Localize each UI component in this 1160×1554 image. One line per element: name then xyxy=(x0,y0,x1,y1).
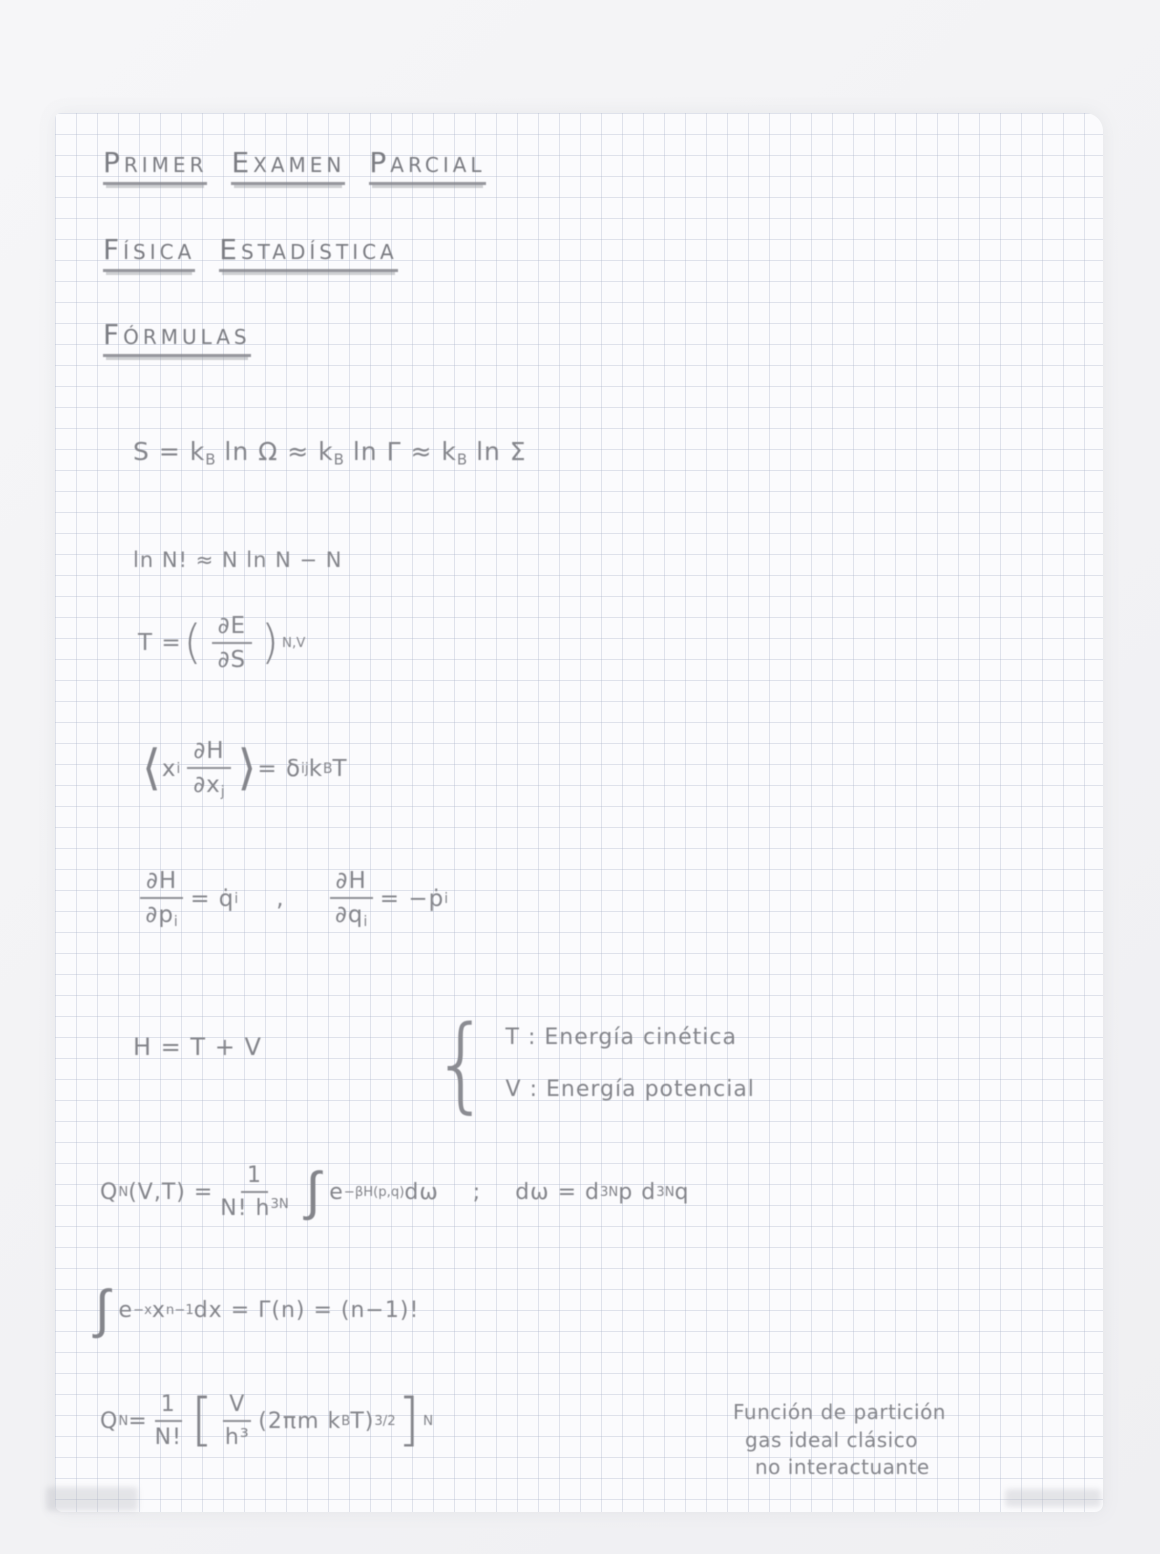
subscript: i xyxy=(234,891,238,907)
title-word: Primer xyxy=(103,146,207,185)
fraction-denominator: h³ xyxy=(225,1422,250,1450)
legend-line-potential: V : Energía potencial xyxy=(506,1064,755,1116)
fraction: V h³ xyxy=(223,1392,251,1450)
math-segment: q xyxy=(674,1180,689,1205)
fraction-numerator: ∂H xyxy=(140,868,183,899)
subscript: N xyxy=(118,1414,128,1429)
fraction-denominator: ∂S xyxy=(218,644,247,673)
subscript: i xyxy=(174,914,178,930)
superscript: −x xyxy=(133,1303,152,1318)
annotation-line-2: gas ideal clásico xyxy=(745,1428,918,1452)
brace-group: { T : Energía cinética V : Energía poten… xyxy=(432,1010,755,1117)
formula-temperature: T = ( ∂E ∂S ) N,V xyxy=(138,613,305,673)
formula-gamma-function: ∫ e−x xn−1 dx = Γ(n) = (n−1)! xyxy=(95,1288,419,1333)
integral-sign: ∫ xyxy=(95,1288,110,1333)
superscript: n−1 xyxy=(166,1303,194,1318)
fraction: 1 N! h3N xyxy=(220,1163,288,1221)
math-segment: ln Γ ≈ k xyxy=(344,437,457,466)
math-segment: k xyxy=(309,756,323,782)
math-segment: H = T + V xyxy=(133,1033,262,1061)
math-segment: ln Σ xyxy=(467,437,526,466)
math-segment: ln N! ≈ N ln N − N xyxy=(133,548,342,572)
fraction-denominator: ∂qi xyxy=(335,899,367,930)
title-word: Fórmulas xyxy=(103,318,251,357)
math-segment: = −ṗ xyxy=(380,886,444,912)
subject-title: FísicaEstadística xyxy=(103,233,422,272)
superscript: 3N xyxy=(600,1185,618,1200)
close-bracket: ] xyxy=(398,1398,421,1444)
math-segment: S = k xyxy=(133,437,205,466)
math-segment: e xyxy=(329,1180,344,1205)
fraction: 1 N! xyxy=(155,1392,182,1450)
open-bracket: [ xyxy=(191,1398,214,1444)
formula-equipartition: ⟨ xi ∂H ∂xj ⟩ = δij kB T xyxy=(142,738,348,800)
open-paren: ( xyxy=(184,622,203,663)
fraction-numerator: 1 xyxy=(241,1163,268,1193)
fraction: ∂H ∂qi xyxy=(330,868,373,930)
brace-legend: T : Energía cinética V : Energía potenci… xyxy=(506,1012,755,1116)
open-angle-bracket: ⟨ xyxy=(142,747,162,790)
math-segment: dω = d xyxy=(515,1180,600,1205)
formula-ideal-gas-partition: QN = 1 N! [ V h³ (2πm kB T)3/2 ] N xyxy=(100,1392,434,1450)
math-segment: = xyxy=(128,1409,147,1434)
scan-artifact-right xyxy=(1005,1489,1101,1507)
math-segment: x xyxy=(152,1298,166,1323)
superscript: −βH(p,q) xyxy=(344,1185,405,1200)
subscript: j xyxy=(221,784,225,800)
subscript: B xyxy=(341,1414,350,1429)
fraction-numerator: ∂H xyxy=(330,868,373,899)
title-word: Examen xyxy=(231,146,345,185)
subscript: i xyxy=(176,761,180,777)
math-segment: (2πm k xyxy=(258,1409,341,1434)
fraction-numerator: V xyxy=(223,1392,251,1422)
math-segment: (V,T) = xyxy=(128,1180,213,1205)
fraction-numerator: ∂E xyxy=(212,613,252,644)
math-segment: ∂q xyxy=(335,902,364,928)
fraction: ∂H ∂xj xyxy=(187,738,230,800)
subscript: i xyxy=(363,914,367,930)
annotation-text: gas ideal clásico xyxy=(745,1428,918,1452)
fraction-denominator: N! h3N xyxy=(220,1193,288,1221)
math-segment: p d xyxy=(618,1180,656,1205)
math-segment: x xyxy=(162,756,177,782)
superscript: N xyxy=(423,1413,434,1429)
subscript: i xyxy=(444,891,448,907)
math-segment: dx = Γ(n) = (n−1)! xyxy=(194,1298,420,1323)
math-segment: e xyxy=(118,1298,133,1323)
title-word: Física xyxy=(103,233,195,272)
math-segment: ∂x xyxy=(193,772,221,798)
integral-sign: ∫ xyxy=(306,1170,321,1215)
math-segment: ln Ω ≈ k xyxy=(215,437,333,466)
formula-stirling: ln N! ≈ N ln N − N xyxy=(133,548,342,572)
math-segment: N! h xyxy=(220,1196,270,1221)
subscript: B xyxy=(334,451,344,469)
fraction-denominator: ∂pi xyxy=(145,899,177,930)
math-segment: ∂p xyxy=(145,902,174,928)
fraction: ∂H ∂pi xyxy=(140,868,183,930)
fraction-numerator: ∂H xyxy=(187,738,230,769)
subscript: N,V xyxy=(282,636,305,651)
math-segment: = q̇ xyxy=(190,886,234,912)
math-segment: Q xyxy=(100,1409,118,1434)
legend-line-kinetic: T : Energía cinética xyxy=(506,1012,755,1064)
annotation-line-1: Función de partición xyxy=(733,1400,946,1424)
annotation-text: no interactuante xyxy=(755,1455,930,1479)
separator: ; xyxy=(473,1180,481,1205)
math-segment: dω xyxy=(404,1180,438,1205)
formula-hamiltonian: H = T + V xyxy=(133,1033,262,1061)
separator: , xyxy=(276,886,284,912)
close-paren: ) xyxy=(261,622,280,663)
fraction-numerator: 1 xyxy=(155,1392,182,1422)
page-title: PrimerExamenParcial xyxy=(103,146,510,185)
annotation-text: Función de partición xyxy=(733,1400,946,1424)
math-segment: = δ xyxy=(257,756,301,782)
subscript: B xyxy=(457,451,467,469)
scanned-notes-page: PrimerExamenParcial FísicaEstadística Fó… xyxy=(0,0,1160,1554)
subscript: N xyxy=(118,1185,128,1200)
superscript: 3/2 xyxy=(374,1414,395,1429)
close-angle-bracket: ⟩ xyxy=(238,747,258,790)
math-segment: Q xyxy=(100,1180,118,1205)
title-word: Estadística xyxy=(219,233,398,272)
math-segment: T xyxy=(332,756,347,782)
curly-brace: { xyxy=(432,1004,492,1124)
formula-entropy: S = kB ln Ω ≈ kB ln Γ ≈ kB ln Σ xyxy=(133,437,527,469)
superscript: 3N xyxy=(656,1185,674,1200)
formula-hamilton-equations: ∂H ∂pi = q̇i , ∂H ∂qi = −ṗi xyxy=(133,868,448,930)
scan-artifact-left xyxy=(46,1487,138,1511)
subscript: B xyxy=(205,451,215,469)
math-segment: T) xyxy=(350,1409,374,1434)
fraction: ∂E ∂S xyxy=(212,613,252,673)
section-title: Fórmulas xyxy=(103,318,275,357)
math-segment: T = xyxy=(138,630,182,656)
fraction-denominator: N! xyxy=(155,1422,182,1450)
fraction-denominator: ∂xj xyxy=(193,769,224,800)
annotation-line-3: no interactuante xyxy=(755,1455,930,1479)
subscript: ij xyxy=(301,761,309,777)
formula-partition-function: QN (V,T) = 1 N! h3N ∫ e−βH(p,q) dω ; dω … xyxy=(100,1163,689,1221)
title-word: Parcial xyxy=(369,146,485,185)
superscript: 3N xyxy=(271,1197,289,1212)
